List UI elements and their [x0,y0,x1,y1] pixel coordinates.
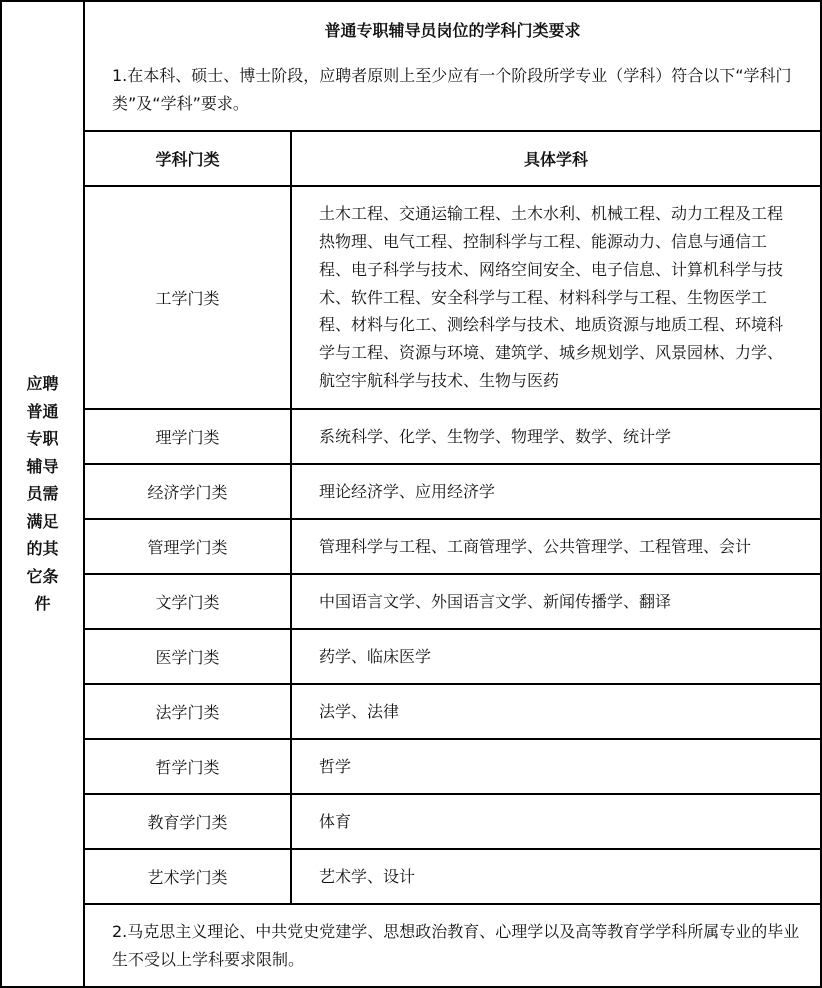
category-cell: 管理学门类 [85,520,292,573]
header-category: 学科门类 [85,132,292,185]
category-cell: 法学门类 [85,685,292,738]
category-cell: 哲学门类 [85,740,292,793]
table-row: 法学门类 法学、法律 [85,685,820,740]
subjects-cell: 药学、临床医学 [292,630,820,683]
table-header-row: 学科门类 具体学科 [85,132,820,187]
table-row: 经济学门类 理论经济学、应用经济学 [85,465,820,520]
category-cell: 经济学门类 [85,465,292,518]
table-row: 教育学门类 体育 [85,795,820,850]
requirements-table: 应聘普通专职辅导员需满足的其它条件 普通专职辅导员岗位的学科门类要求 1.在本科… [0,0,822,988]
note-2: 2.马克思主义理论、中共党史党建学、思想政治教育、心理学以及高等教育学学科所属专… [112,918,802,974]
table-body: 工学门类 土木工程、交通运输工程、土木水利、机械工程、动力工程及工程热物理、电气… [85,187,820,905]
table-row: 文学门类 中国语言文学、外国语言文学、新闻传播学、翻译 [85,575,820,630]
table-row: 艺术学门类 艺术学、设计 [85,850,820,905]
footer-section: 2.马克思主义理论、中共党史党建学、思想政治教育、心理学以及高等教育学学科所属专… [85,905,820,986]
table-title: 普通专职辅导员岗位的学科门类要求 [85,20,820,42]
intro-section: 普通专职辅导员岗位的学科门类要求 1.在本科、硕士、博士阶段，应聘者原则上至少应… [85,2,820,132]
side-label-cell: 应聘普通专职辅导员需满足的其它条件 [2,2,85,986]
subjects-cell: 哲学 [292,740,820,793]
subjects-cell: 系统科学、化学、生物学、物理学、数学、统计学 [292,410,820,463]
subjects-cell: 管理科学与工程、工商管理学、公共管理学、工程管理、会计 [292,520,820,573]
table-row: 工学门类 土木工程、交通运输工程、土木水利、机械工程、动力工程及工程热物理、电气… [85,187,820,410]
subjects-cell: 理论经济学、应用经济学 [292,465,820,518]
subjects-cell: 法学、法律 [292,685,820,738]
category-cell: 艺术学门类 [85,850,292,903]
note-1: 1.在本科、硕士、博士阶段，应聘者原则上至少应有一个阶段所学专业（学科）符合以下… [112,62,802,118]
category-cell: 医学门类 [85,630,292,683]
main-cell: 普通专职辅导员岗位的学科门类要求 1.在本科、硕士、博士阶段，应聘者原则上至少应… [85,2,820,986]
category-cell: 工学门类 [85,187,292,408]
table-row: 管理学门类 管理科学与工程、工商管理学、公共管理学、工程管理、会计 [85,520,820,575]
category-cell: 教育学门类 [85,795,292,848]
table-row: 哲学门类 哲学 [85,740,820,795]
category-cell: 理学门类 [85,410,292,463]
table-row: 理学门类 系统科学、化学、生物学、物理学、数学、统计学 [85,410,820,465]
category-cell: 文学门类 [85,575,292,628]
table-row: 医学门类 药学、临床医学 [85,630,820,685]
subjects-cell: 艺术学、设计 [292,850,820,903]
subjects-cell: 中国语言文学、外国语言文学、新闻传播学、翻译 [292,575,820,628]
side-label: 应聘普通专职辅导员需满足的其它条件 [25,370,61,618]
subjects-cell: 土木工程、交通运输工程、土木水利、机械工程、动力工程及工程热物理、电气工程、控制… [292,187,820,408]
header-subjects: 具体学科 [292,132,820,185]
subjects-cell: 体育 [292,795,820,848]
